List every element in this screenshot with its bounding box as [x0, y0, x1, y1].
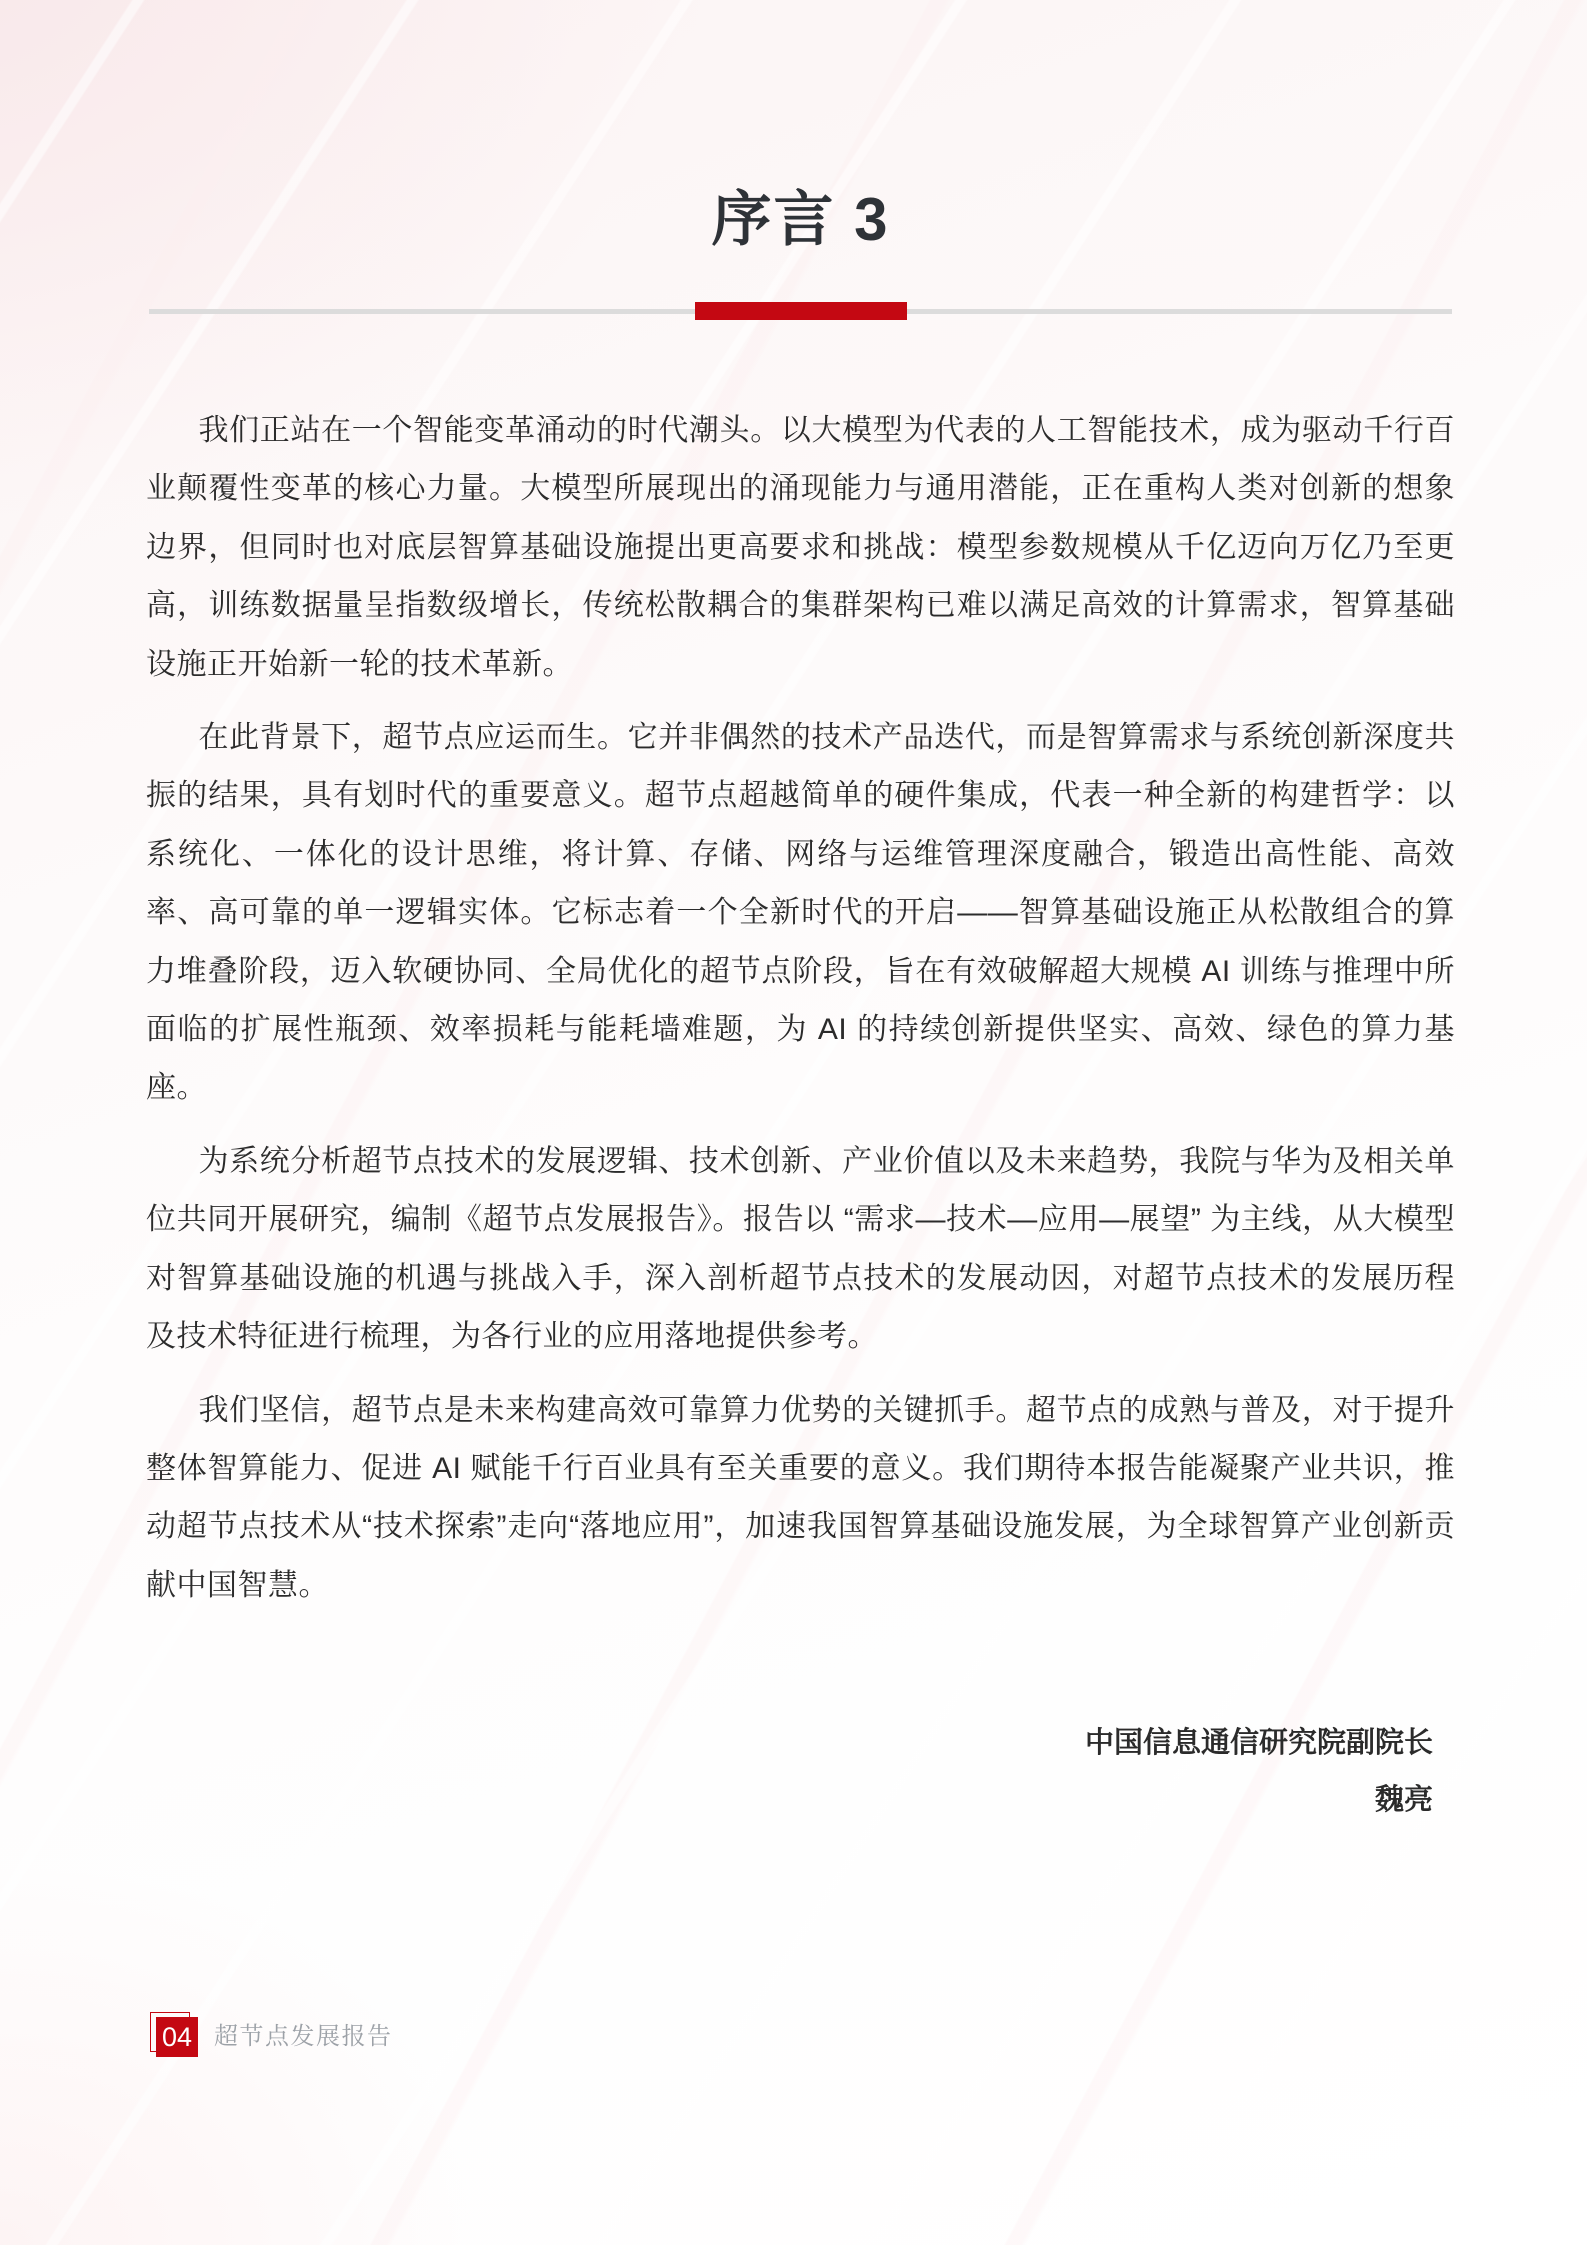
footer-report-title: 超节点发展报告 — [214, 2022, 393, 2052]
signature-block: 中国信息通信研究院副院长 魏亮 — [146, 1715, 1455, 1829]
divider-accent-bar — [695, 302, 907, 320]
document-page: 序言 3 我们正站在一个智能变革涌动的时代潮头。以大模型为代表的人工智能技术，成… — [0, 0, 1587, 2245]
paragraph-2: 在此背景下，超节点应运而生。它并非偶然的技术产品迭代，而是智算需求与系统创新深度… — [146, 709, 1455, 1118]
section-divider — [146, 302, 1455, 320]
paragraph-3: 为系统分析超节点技术的发展逻辑、技术创新、产业价值以及未来趋势，我院与华为及相关… — [146, 1133, 1455, 1367]
page-content: 序言 3 我们正站在一个智能变革涌动的时代潮头。以大模型为代表的人工智能技术，成… — [146, 0, 1455, 1829]
paragraph-4: 我们坚信，超节点是未来构建高效可靠算力优势的关键抓手。超节点的成熟与普及，对于提… — [146, 1382, 1455, 1616]
paragraph-1: 我们正站在一个智能变革涌动的时代潮头。以大模型为代表的人工智能技术，成为驱动千行… — [146, 402, 1455, 694]
preface-body: 我们正站在一个智能变革涌动的时代潮头。以大模型为代表的人工智能技术，成为驱动千行… — [146, 402, 1455, 1615]
page-number-badge: 04 — [156, 2017, 198, 2057]
signature-title: 中国信息通信研究院副院长 — [146, 1715, 1433, 1772]
page-title: 序言 3 — [146, 172, 1455, 268]
signature-name: 魏亮 — [146, 1772, 1433, 1829]
